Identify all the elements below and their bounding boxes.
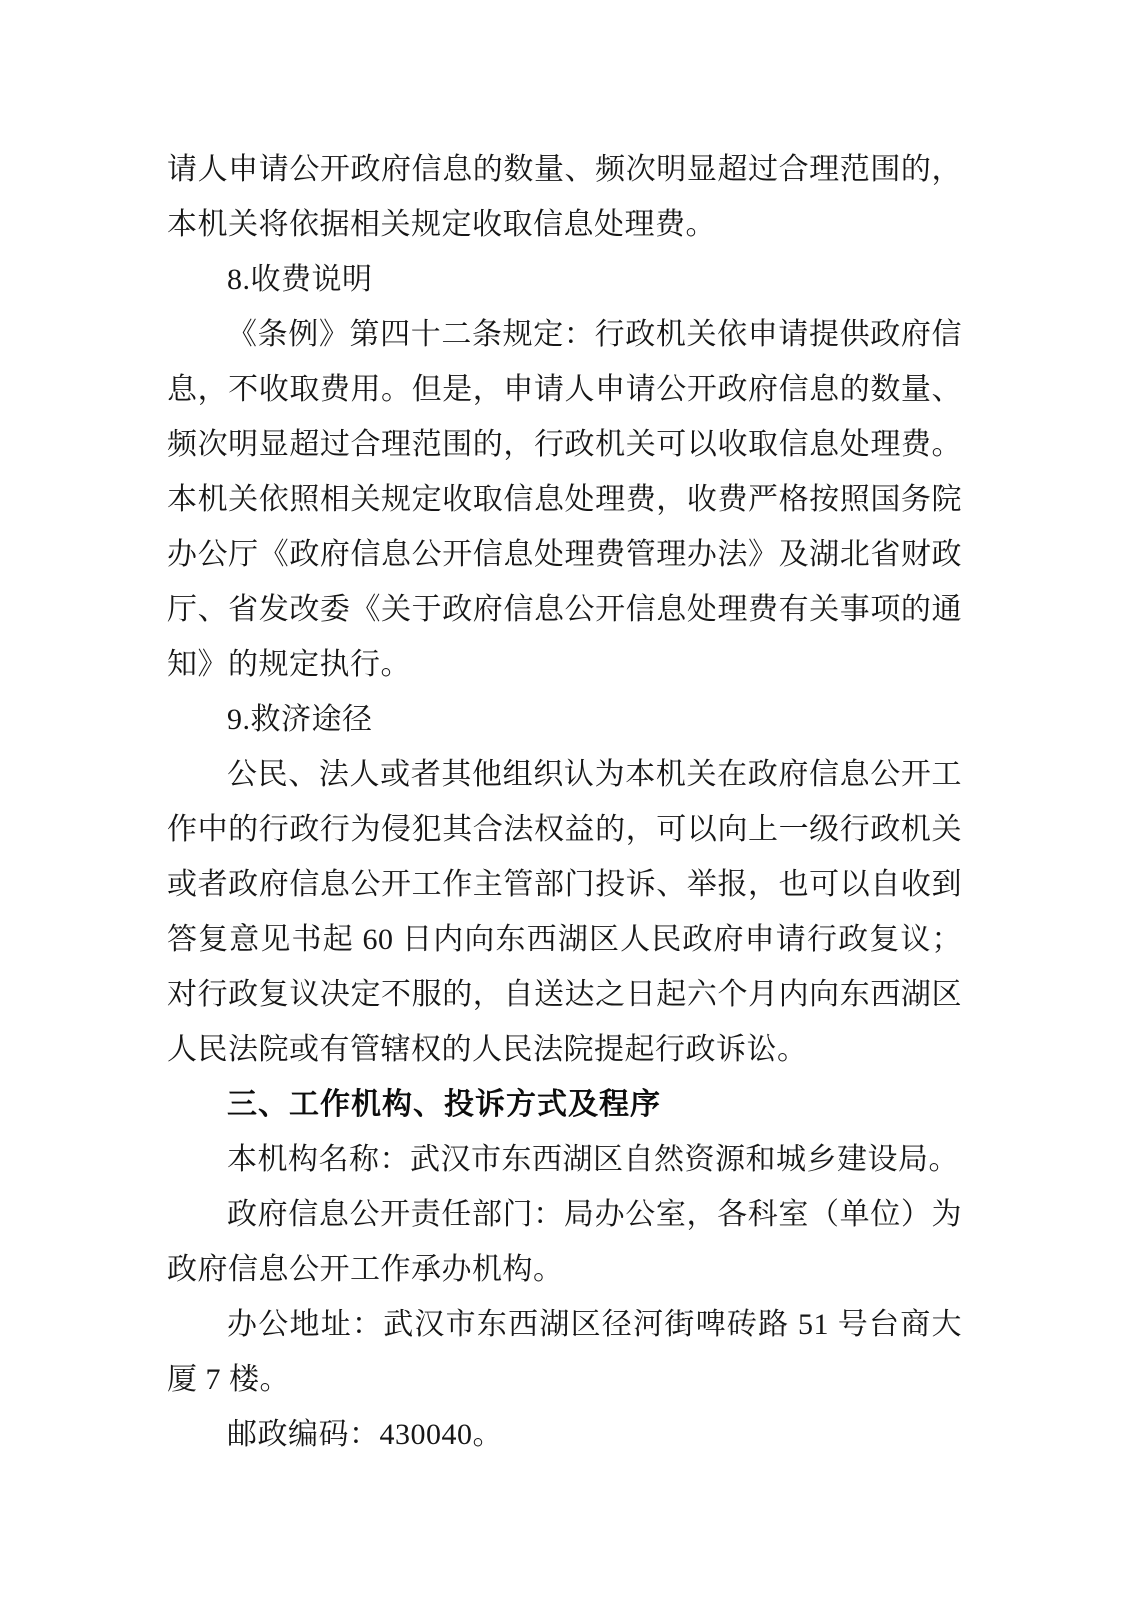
doc-line-7: 本机关依照相关规定收取信息处理费，收费严格按照国务院 xyxy=(167,472,962,527)
doc-line-8: 办公厅《政府信息公开信息处理费管理办法》及湖北省财政 xyxy=(167,527,962,582)
doc-line-5: 息，不收取费用。但是，申请人申请公开政府信息的数量、 xyxy=(167,362,962,417)
doc-line-11-item-9-heading: 9.救济途径 xyxy=(167,692,962,747)
doc-line-20: 政府信息公开责任部门：局办公室，各科室（单位）为 xyxy=(167,1187,962,1242)
doc-line-15: 答复意见书起 60 日内向东西湖区人民政府申请行政复议； xyxy=(167,912,962,967)
doc-line-21: 政府信息公开工作承办机构。 xyxy=(167,1242,962,1297)
doc-line-19-agency-name: 本机构名称：武汉市东西湖区自然资源和城乡建设局。 xyxy=(167,1132,962,1187)
doc-line-13: 作中的行政行为侵犯其合法权益的，可以向上一级行政机关 xyxy=(167,802,962,857)
doc-line-12: 公民、法人或者其他组织认为本机关在政府信息公开工 xyxy=(167,747,962,802)
doc-line-24-postal-code: 邮政编码：430040。 xyxy=(167,1407,962,1462)
document-page: 请人申请公开政府信息的数量、频次明显超过合理范围的， 本机关将依据相关规定收取信… xyxy=(0,0,1131,1600)
doc-line-17: 人民法院或有管辖权的人民法院提起行政诉讼。 xyxy=(167,1022,962,1077)
doc-line-1: 请人申请公开政府信息的数量、频次明显超过合理范围的， xyxy=(167,142,962,197)
doc-line-22-office-address: 办公地址：武汉市东西湖区径河街啤砖路 51 号台商大 xyxy=(167,1297,962,1352)
doc-line-16: 对行政复议决定不服的，自送达之日起六个月内向东西湖区 xyxy=(167,967,962,1022)
doc-line-2: 本机关将依据相关规定收取信息处理费。 xyxy=(167,197,962,252)
section-heading-3: 三、工作机构、投诉方式及程序 xyxy=(167,1077,962,1132)
doc-line-14: 或者政府信息公开工作主管部门投诉、举报，也可以自收到 xyxy=(167,857,962,912)
doc-line-23: 厦 7 楼。 xyxy=(167,1352,962,1407)
doc-line-4: 《条例》第四十二条规定：行政机关依申请提供政府信 xyxy=(167,307,962,362)
doc-line-10: 知》的规定执行。 xyxy=(167,637,962,692)
doc-line-6: 频次明显超过合理范围的，行政机关可以收取信息处理费。 xyxy=(167,417,962,472)
doc-line-9: 厅、省发改委《关于政府信息公开信息处理费有关事项的通 xyxy=(167,582,962,637)
doc-line-3-item-8-heading: 8.收费说明 xyxy=(167,252,962,307)
